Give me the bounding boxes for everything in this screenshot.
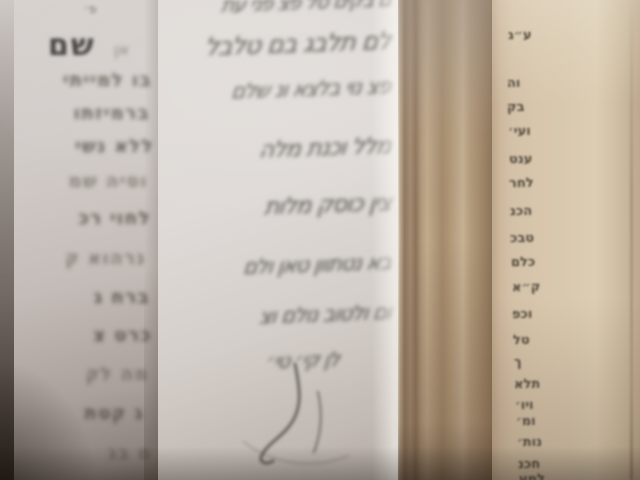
printed-heading-side-word: אן (114, 40, 129, 59)
printed-word: הכנ (510, 204, 532, 219)
photo-edge-shadow (0, 0, 14, 480)
printed-word: וכפ (512, 307, 533, 322)
printed-word: ק״א (512, 280, 541, 295)
middle-page: ם בקים טל פצ פני עת לם תלבג בם טלבל פצ נ… (158, 0, 398, 480)
printed-word: תלא (514, 377, 540, 392)
printed-word: בק (507, 100, 525, 115)
handwritten-line: בא נטתוון טאן ולם (242, 250, 392, 279)
printed-word: טבכ (510, 231, 534, 246)
printed-text-line: מה לק (0, 364, 149, 394)
printed-text-line: לחוי רכ (0, 208, 151, 238)
handwritten-line: מלל וכנת מלה (258, 133, 392, 164)
page-edge-line (630, 0, 633, 480)
book-fore-edge (398, 0, 492, 480)
printed-text-line: ג קטת (0, 403, 144, 433)
printed-word: ע״ג (508, 28, 532, 43)
handwritten-line: צין כוסק מלות (263, 190, 392, 220)
printed-text-line: ם בג (0, 443, 152, 473)
printed-word: ענט (509, 152, 533, 167)
printed-word: ך (514, 355, 522, 370)
printed-word: למע (519, 472, 545, 480)
printed-word: וה (507, 76, 521, 91)
printed-text-line: וסיה שמ (0, 171, 148, 201)
printed-text-line: נרהוא ק (0, 248, 146, 278)
printed-word: ויו׳ (515, 398, 534, 413)
printed-text-line: ברמיזתו (0, 103, 150, 133)
right-page: ע״ג וה בק ועי׳ ענט לחר הכנ טבכ כלם ק״א ו… (492, 0, 640, 480)
handwritten-line: ם בקים טל פצ פני עת (220, 0, 392, 17)
printed-text-fragment: פ׳ (84, 2, 96, 16)
printed-word: נות׳ (517, 435, 542, 450)
printed-word: טל (513, 333, 530, 348)
printed-word: חכנ (518, 457, 540, 472)
printed-word: לחר (509, 176, 534, 191)
printed-heading-word: שם (48, 28, 96, 63)
book-photo: פ׳ שם אן בו למייתי ברמיזתו ללא נשי וסיה … (0, 0, 640, 480)
printed-text-line: ללא נשי (0, 136, 154, 166)
pen-flourish (240, 362, 360, 477)
printed-text-line: בו למייתי (0, 70, 152, 100)
handwritten-line: לם תלבג בם טלבל (204, 26, 392, 61)
printed-text-line: כרט צ (0, 325, 152, 355)
printed-word: ומ׳ (516, 414, 536, 429)
handwritten-line: ום ולטוב נולם וצ (258, 300, 392, 329)
handwritten-line: פצ נוי בלצא ונ שלם (231, 74, 392, 104)
printed-word: כלם (511, 255, 536, 270)
printed-word: ועי׳ (508, 124, 531, 139)
printed-text-line: ברח ג (0, 287, 150, 317)
